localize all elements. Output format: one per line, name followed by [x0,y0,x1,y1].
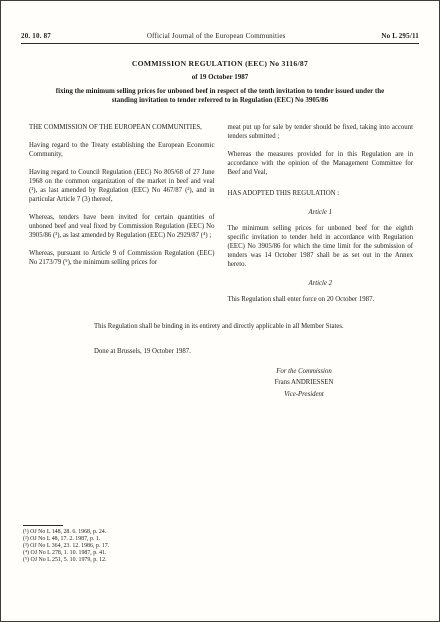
footnote-2: (²) OJ No L 48, 17. 2. 1987, p. 1. [23,536,109,543]
adoption-clause: HAS ADOPTED THIS REGULATION : [228,190,414,199]
done-at-line: Done at Brussels, 19 October 1987. [94,348,439,355]
header-rule [21,43,419,44]
regulation-subject: fixing the minimum selling prices for un… [52,87,388,105]
signature-name: Frans ANDRIESSEN [219,377,389,389]
article-2-heading: Article 2 [228,280,414,289]
page-header: 20. 10. 87 Official Journal of the Europ… [21,32,419,40]
signature-on-behalf: For the Commission [219,366,389,378]
header-issue-number: No L 295/11 [381,32,419,40]
whereas-pursuant: Whereas, pursuant to Article 9 of Commis… [29,250,215,268]
signature-block: For the Commission Frans ANDRIESSEN Vice… [219,366,389,401]
article-1-text: The minimum selling prices for unboned b… [228,225,414,270]
right-column: meat put up for sale by tender should be… [228,124,414,305]
article-1-heading: Article 1 [228,209,414,218]
regulation-title: COMMISSION REGULATION (EEC) No 3116/87 [1,59,439,68]
regulation-date: of 19 October 1987 [1,73,439,81]
footnotes-block: (¹) OJ No L 148, 28. 6. 1968, p. 24. (²)… [23,525,109,565]
meat-put-up-paragraph: meat put up for sale by tender should be… [228,124,414,142]
body-columns: THE COMMISSION OF THE EUROPEAN COMMUNITI… [29,124,413,305]
journal-page: 20. 10. 87 Official Journal of the Europ… [0,0,440,622]
footnote-rule [23,525,63,526]
commission-opening-line: THE COMMISSION OF THE EUROPEAN COMMUNITI… [29,124,215,133]
footnote-1: (¹) OJ No L 148, 28. 6. 1968, p. 24. [23,529,109,536]
having-regard-regulation: Having regard to Council Regulation (EEC… [29,169,215,205]
whereas-measures-paragraph: Whereas the measures provided for in thi… [228,151,414,178]
binding-clause: This Regulation shall be binding in its … [94,323,391,332]
header-date: 20. 10. 87 [21,32,51,40]
having-regard-treaty: Having regard to the Treaty establishing… [29,142,215,160]
header-journal-title: Official Journal of the European Communi… [147,32,286,40]
left-column: THE COMMISSION OF THE EUROPEAN COMMUNITI… [29,124,215,305]
regulation-title-block: COMMISSION REGULATION (EEC) No 3116/87 o… [1,59,439,105]
article-2-text: This Regulation shall enter force on 20 … [228,296,414,305]
footnote-5: (⁵) OJ No L 251, 5. 10. 1979, p. 12. [23,557,109,564]
signature-role: Vice-President [219,389,389,401]
whereas-tenders: Whereas, tenders have been invited for c… [29,214,215,241]
